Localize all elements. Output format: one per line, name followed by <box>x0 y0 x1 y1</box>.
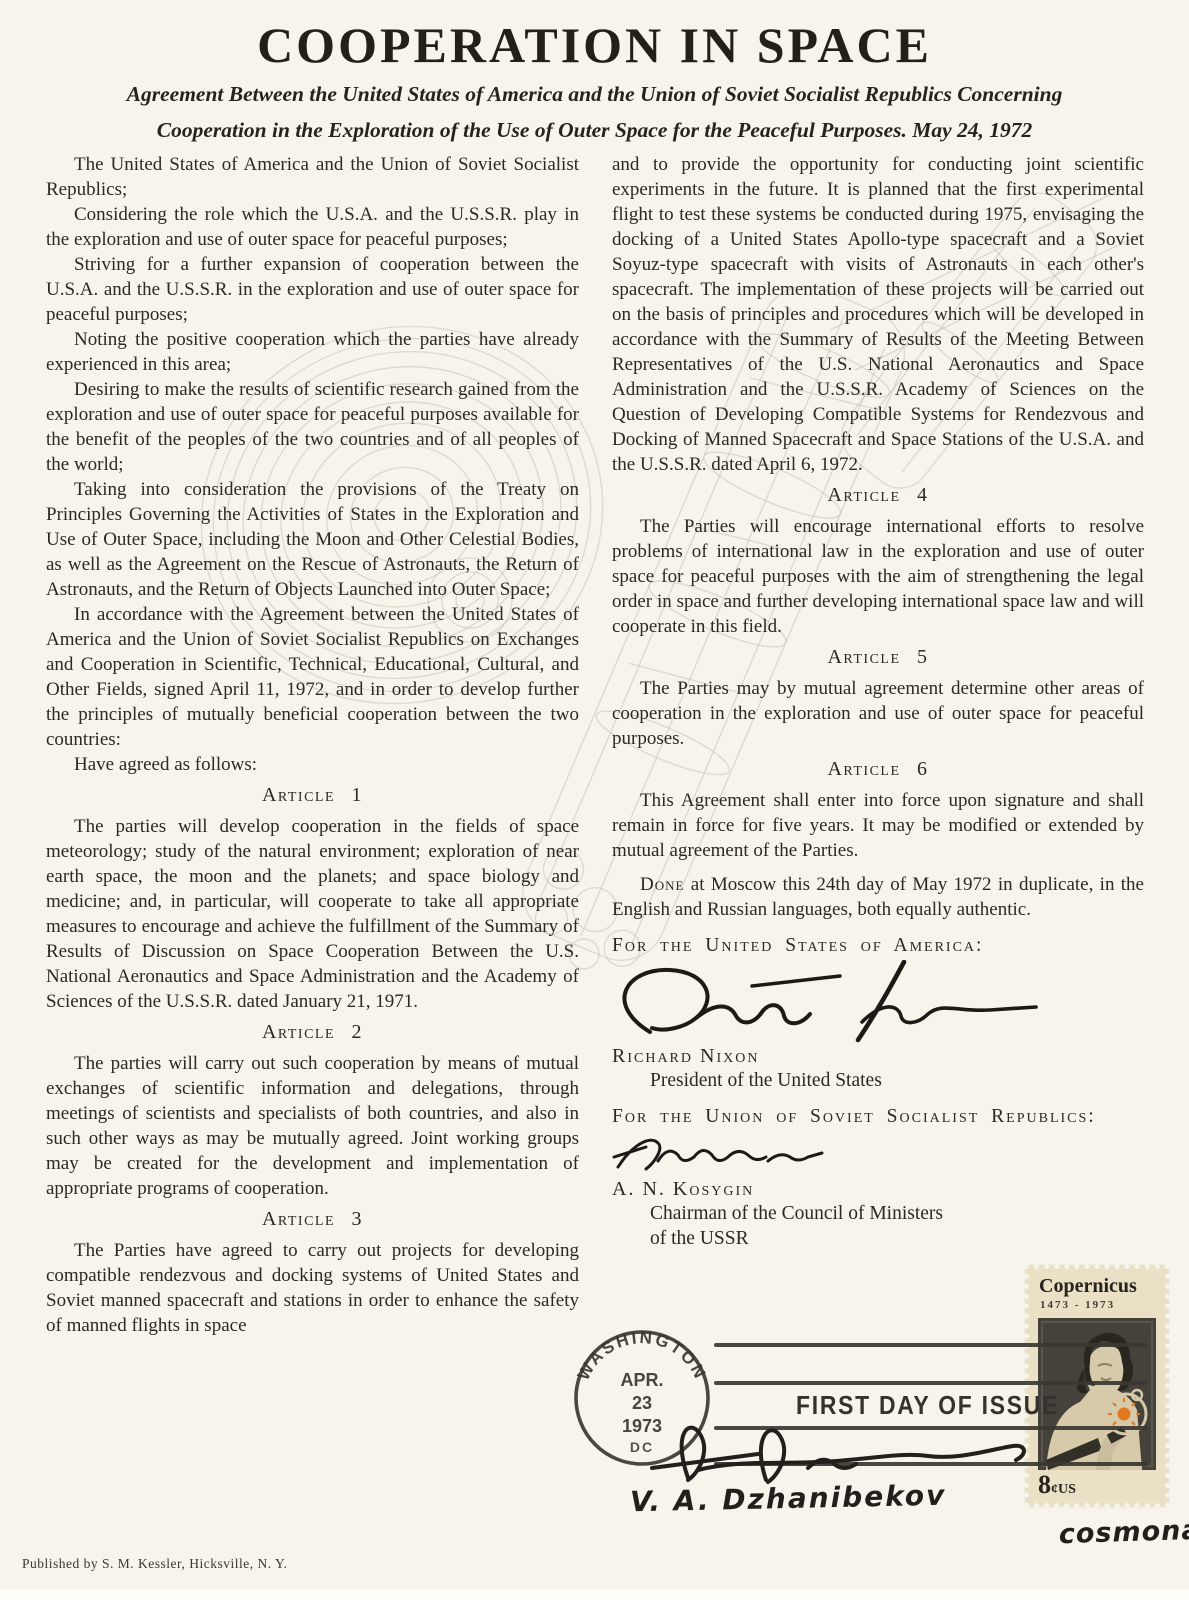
preamble-paragraph: Have agreed as follows: <box>46 752 579 777</box>
right-column: and to provide the opportunity for condu… <box>612 152 1144 1251</box>
for-usa-line: For the United States of America: <box>612 933 1144 958</box>
preamble-paragraph: The United States of America and the Uni… <box>46 152 579 202</box>
kosygin-signature <box>612 1131 832 1177</box>
article-3-continued: and to provide the opportunity for condu… <box>612 152 1144 477</box>
publisher-footer: Published by S. M. Kessler, Hicksville, … <box>22 1556 287 1572</box>
done-rest: at Moscow this 24th day of May 1972 in d… <box>612 874 1144 920</box>
cancellation-bar <box>714 1343 1148 1347</box>
stamp-denom-number: 8 <box>1038 1470 1051 1499</box>
autograph-name: V. A. Dzhanibekov <box>630 1479 947 1519</box>
left-column: The United States of America and the Uni… <box>46 152 579 1338</box>
preamble-paragraph: Considering the role which the U.S.A. an… <box>46 202 579 252</box>
kosygin-title-line-2: of the USSR <box>612 1226 1144 1251</box>
postmark-month: APR. <box>620 1370 663 1390</box>
nixon-name: Richard Nixon <box>612 1044 1144 1068</box>
kosygin-name: A. N. Kosygin <box>612 1177 1144 1201</box>
done-paragraph: Done at Moscow this 24th day of May 1972… <box>612 872 1144 922</box>
preamble-paragraph: Desiring to make the results of scientif… <box>46 377 579 477</box>
for-ussr-line: For the Union of Soviet Socialist Republ… <box>612 1104 1144 1129</box>
nixon-title: President of the United States <box>612 1068 1144 1093</box>
preamble-paragraph: Noting the positive cooperation which th… <box>46 327 579 377</box>
stamp-title: Copernicus <box>1039 1275 1137 1298</box>
stamp-denomination: 8¢US <box>1038 1470 1076 1500</box>
preamble-paragraph: Taking into consideration the provisions… <box>46 477 579 602</box>
kosygin-title-line-1: Chairman of the Council of Ministers <box>612 1201 1144 1226</box>
article-3-body: The Parties have agreed to carry out pro… <box>46 1238 579 1338</box>
souvenir-page: COOPERATION IN SPACE Agreement Between t… <box>0 0 1189 1600</box>
subtitle-line-1: Agreement Between the United States of A… <box>0 82 1189 107</box>
article-5-body: The Parties may by mutual agreement dete… <box>612 676 1144 751</box>
article-4-heading: Article 4 <box>612 483 1144 508</box>
preamble-paragraph: In accordance with the Agreement between… <box>46 602 579 752</box>
page-title: COOPERATION IN SPACE <box>0 16 1189 74</box>
article-6-body: This Agreement shall enter into force up… <box>612 788 1144 863</box>
nixon-signature <box>612 960 1052 1044</box>
cancellation-bar <box>714 1381 1148 1385</box>
subtitle-line-2: Cooperation in the Exploration of the Us… <box>0 118 1189 143</box>
article-4-body: The Parties will encourage international… <box>612 514 1144 639</box>
copernicus-stamp: Copernicus 1473 - 1973 <box>1026 1266 1168 1506</box>
article-6-heading: Article 6 <box>612 757 1144 782</box>
cosmonaut-autograph-signature <box>628 1412 1038 1490</box>
article-1-heading: Article 1 <box>46 783 579 808</box>
done-lead: Done <box>640 874 684 895</box>
stamp-years: 1473 - 1973 <box>1040 1299 1115 1311</box>
article-2-body: The parties will carry out such cooperat… <box>46 1051 579 1201</box>
postmark-day: 23 <box>632 1393 652 1413</box>
article-5-heading: Article 5 <box>612 645 1144 670</box>
article-3-heading: Article 3 <box>46 1207 579 1232</box>
stamp-denom-unit: ¢US <box>1051 1482 1076 1497</box>
article-1-body: The parties will develop cooperation in … <box>46 814 579 1014</box>
preamble-paragraph: Striving for a further expansion of coop… <box>46 252 579 327</box>
scan-edge <box>0 1590 1189 1600</box>
article-2-heading: Article 2 <box>46 1020 579 1045</box>
